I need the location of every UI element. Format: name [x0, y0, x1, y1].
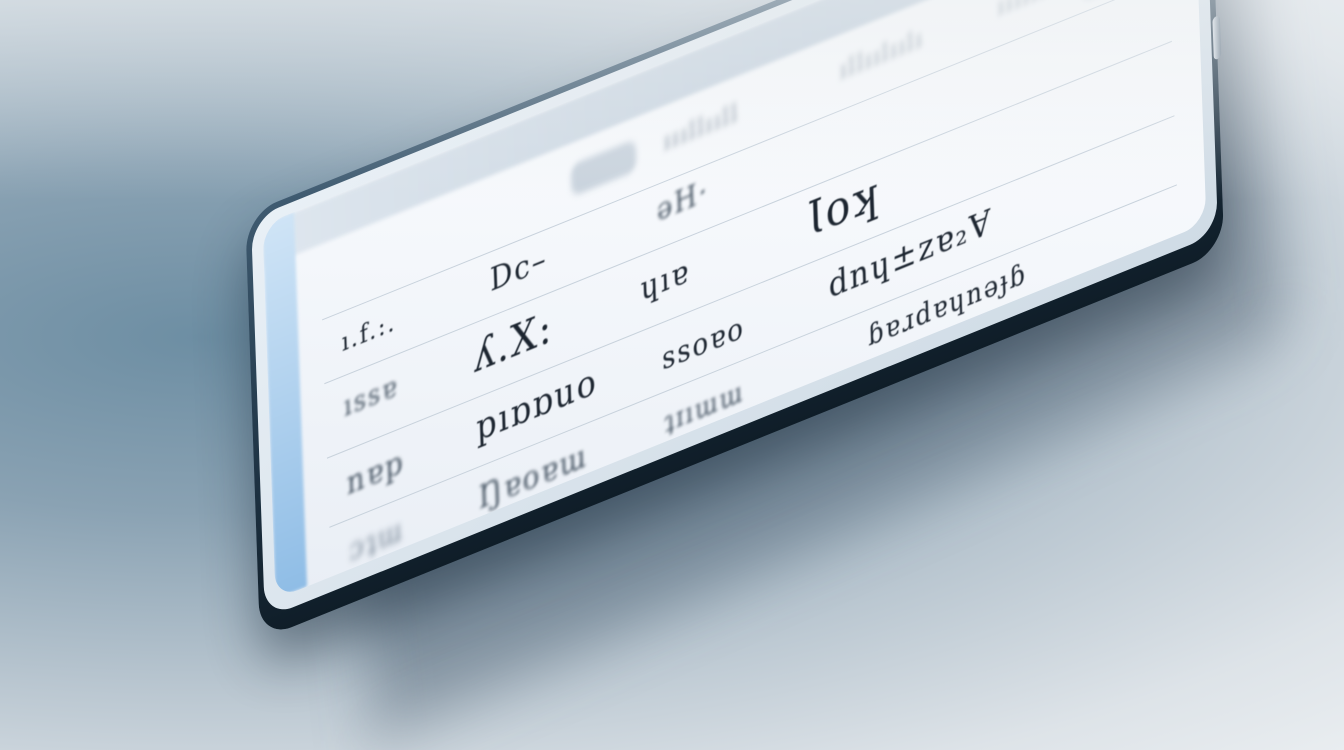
blurred-button — [571, 139, 637, 197]
row-cell: ı.f.:. — [341, 306, 396, 358]
header-text: ıııllııll — [663, 99, 739, 156]
header-text: ıııllll — [997, 0, 1057, 21]
row-cell: nɐp — [346, 443, 405, 504]
row-cell: ɔʇɯ — [348, 511, 404, 568]
row-cell: ɥıɐ — [640, 252, 690, 309]
side-button — [1212, 15, 1221, 61]
header-text: ıllıılıılı — [840, 25, 925, 85]
screen-topbar — [262, 0, 1194, 267]
scene: ıııllııll ıllıılıılı ıııllll ı.f.:. Dc– … — [0, 0, 1344, 750]
screen-accent-strip — [262, 212, 307, 599]
row-cell: Ɩoʞ — [807, 165, 880, 248]
row-cell: ʇɪıɯɯ — [664, 375, 745, 439]
row-cell: Ŋɐoɐɯ — [478, 437, 588, 518]
row-cell: ıssɐ — [343, 370, 398, 424]
row-cell: ssoɐo — [661, 309, 745, 377]
